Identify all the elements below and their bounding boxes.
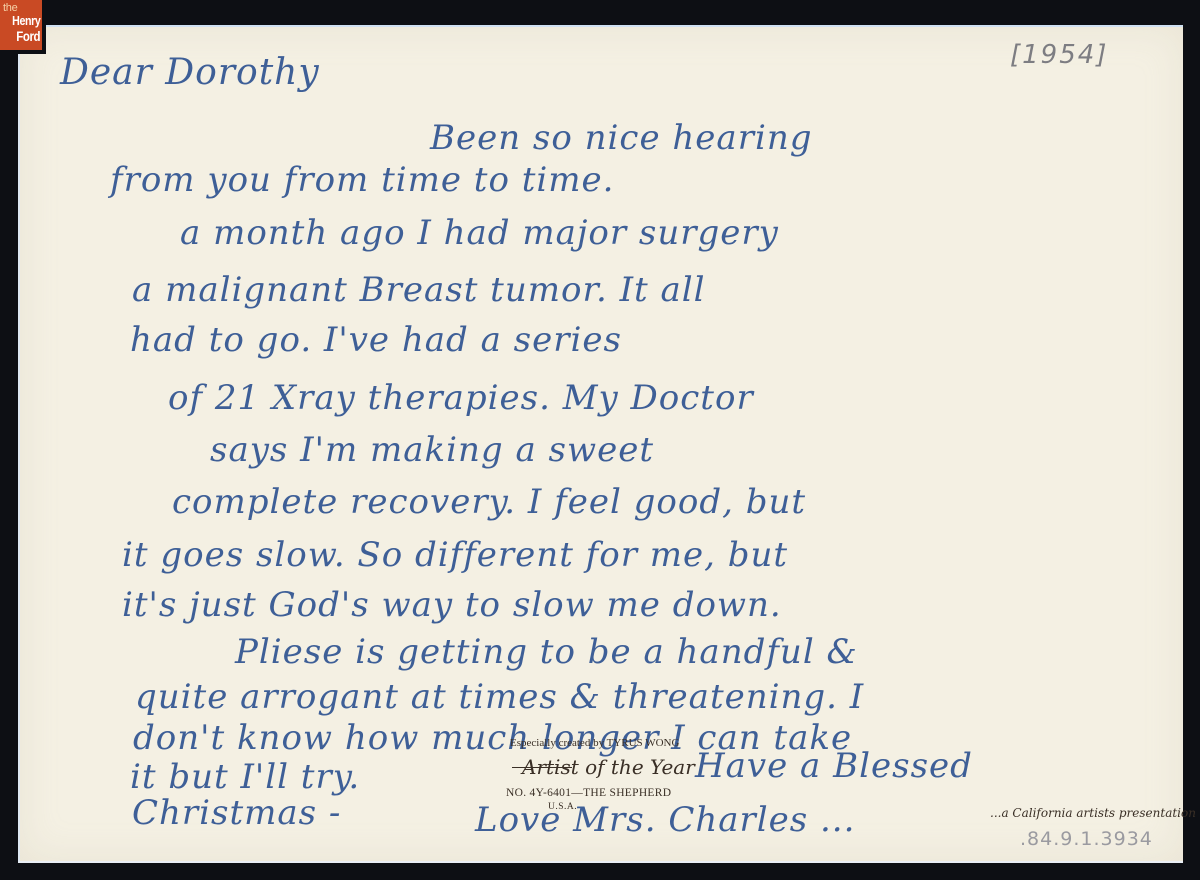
card-item-number: NO. 4Y-6401—THE SHEPHERD bbox=[506, 787, 671, 799]
logo-henry: Henry bbox=[12, 13, 40, 28]
card-credit: Especially created by TYRUS WONG bbox=[510, 737, 679, 749]
letter-line-4: a malignant Breast tumor. It all bbox=[132, 270, 706, 310]
letter-line-8: complete recovery. I feel good, but bbox=[172, 482, 806, 522]
letter-line-9: it goes slow. So different for me, but bbox=[122, 535, 788, 575]
logo-ford: Ford bbox=[16, 28, 40, 44]
salutation: Dear Dorothy bbox=[60, 52, 320, 93]
catalog-number: .84.9.1.3934 bbox=[1020, 828, 1153, 850]
letter-line-11: Pliese is getting to be a handful & bbox=[235, 632, 858, 672]
letter-line-5: had to go. I've had a series bbox=[130, 320, 622, 360]
letter-line-2: from you from time to time. bbox=[110, 160, 614, 200]
letter-line-6: of 21 Xray therapies. My Doctor bbox=[168, 378, 754, 418]
letter-line-15: Have a Blessed bbox=[695, 746, 973, 786]
letter-line-10: it's just God's way to slow me down. bbox=[122, 585, 782, 625]
letter-line-7: says I'm making a sweet bbox=[210, 430, 654, 470]
signature: Love Mrs. Charles ... bbox=[475, 800, 855, 840]
letter-line-14: it but I'll try. bbox=[130, 757, 360, 797]
letter-line-3: a month ago I had major surgery bbox=[180, 213, 779, 253]
date-annotation: [1954] bbox=[1010, 40, 1108, 70]
henry-ford-logo: the Henry Ford bbox=[0, 0, 42, 50]
letter-line-12: quite arrogant at times & threatening. I bbox=[135, 677, 864, 717]
card-series-title: Artist of the Year bbox=[522, 755, 695, 779]
card-publisher: ...a California artists presentation bbox=[990, 806, 1196, 820]
card-country: U.S.A. bbox=[548, 802, 577, 812]
letter-line-16: Christmas - bbox=[132, 793, 341, 833]
scan-viewer: the Henry Ford [1954] Dear Dorothy Been … bbox=[0, 0, 1200, 880]
letter-line-1: Been so nice hearing bbox=[430, 118, 812, 158]
